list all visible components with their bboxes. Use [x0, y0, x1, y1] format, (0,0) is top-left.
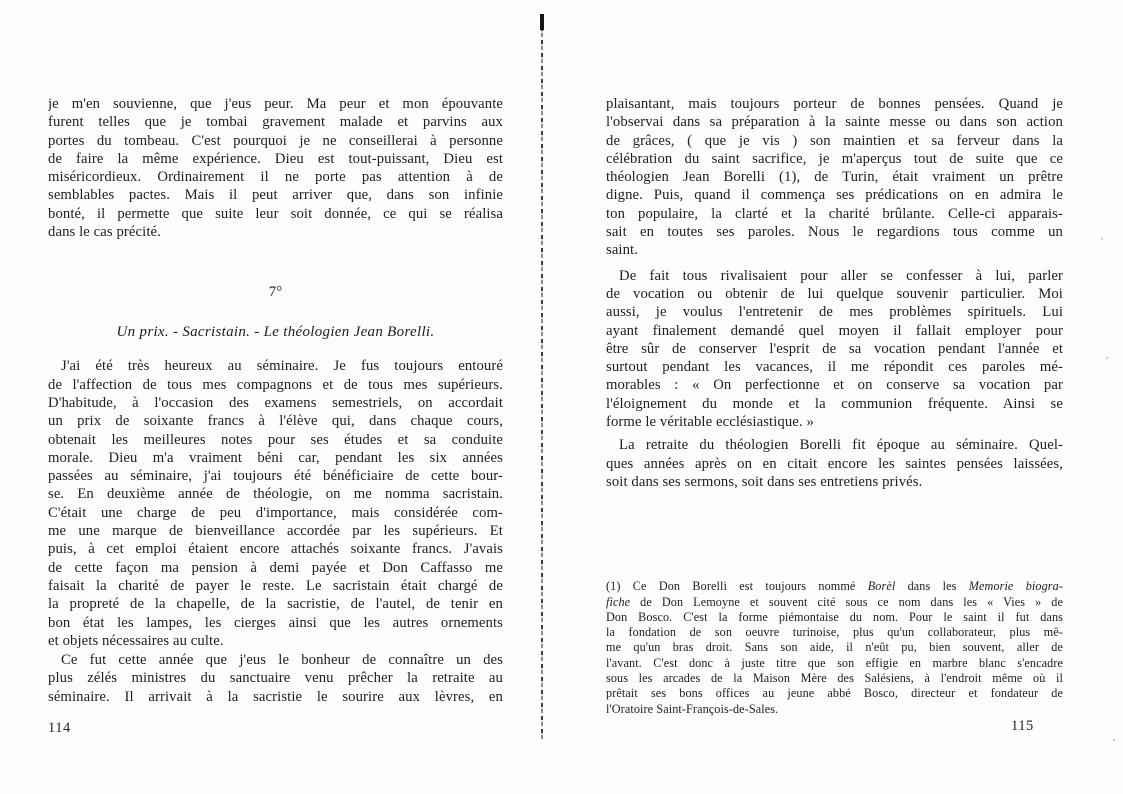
text-line: de cette façon ma pension à demi payée e…: [48, 559, 503, 577]
text-line: La retraite du théologien Borelli fit ép…: [606, 436, 1063, 454]
text-line: Ce fut cette année que j'eus le bonheur …: [48, 651, 503, 669]
text-line: aussi, je voulus l'entretenir de mes pro…: [606, 303, 1063, 321]
text-line: digne. Puis, quand il commença ses prédi…: [606, 186, 1063, 204]
scan-speck: [1106, 357, 1108, 359]
section-title: Un prix. - Sacristain. - Le théologien J…: [48, 323, 503, 342]
text-line: saint.: [606, 241, 1063, 259]
text-line: être sûr de conserver l'esprit de sa voc…: [606, 340, 1063, 358]
text-line: faisait la charité de payer le reste. Le…: [48, 577, 503, 595]
footnote-line: l'Oratoire Saint-François-de-Sales.: [606, 702, 1063, 717]
text-line: portes du tombeau. C'est pourquoi je ne …: [48, 132, 503, 150]
paragraph: plaisantant, mais toujours porteur de bo…: [606, 95, 1063, 260]
italic-text: Borèl: [868, 579, 896, 593]
text-line: je m'en souvienne, que j'eus peur. Ma pe…: [48, 95, 503, 113]
footnote: (1) Ce Don Borelli est toujours nommé Bo…: [606, 579, 1063, 717]
scan-speck: [1113, 739, 1115, 741]
book-page-right: plaisantant, mais toujours porteur de bo…: [606, 95, 1063, 717]
text-line: célébration du saint sacrifice, je m'ape…: [606, 150, 1063, 168]
italic-text: Memorie biogra-: [969, 579, 1063, 593]
footnote-line: sous les arcades de la Maison Mère des S…: [606, 671, 1063, 686]
paragraph: De fait tous rivalisaient pour aller se …: [606, 267, 1063, 432]
footnote-line: prêtait ses bons offices au jeune abbé B…: [606, 686, 1063, 701]
text-segment: dans les: [895, 579, 968, 593]
text-line: puis, à cet emploi étaient encore attach…: [48, 540, 503, 558]
text-line: J'ai été très heureux au séminaire. Je f…: [48, 357, 503, 375]
paragraph: Ce fut cette année que j'eus le bonheur …: [48, 651, 503, 706]
book-page-left: je m'en souvienne, que j'eus peur. Ma pe…: [48, 95, 503, 706]
footnote-line: me qu'un bras droit. Sans son aide, il n…: [606, 640, 1063, 655]
text-line: bonté, il permette que suite leur soit d…: [48, 205, 503, 223]
text-line: se. En deuxième année de théologie, on m…: [48, 485, 503, 503]
text-segment: de Don Lemoyne et souvent cité sous ce n…: [630, 595, 1063, 609]
italic-text: fiche: [606, 595, 630, 609]
gutter-fold-mark: [540, 14, 544, 30]
text-line: De fait tous rivalisaient pour aller se …: [606, 267, 1063, 285]
text-line: un prix de soixante francs à l'élève qui…: [48, 412, 503, 430]
text-line: D'habitude, à l'occasion des examens sem…: [48, 394, 503, 412]
text-line: sait en toutes ses paroles. Nous le rega…: [606, 223, 1063, 241]
text-segment: (1) Ce Don Borelli est toujours nommé: [606, 579, 868, 593]
text-line: soit dans ses sermons, soit dans ses ent…: [606, 473, 1063, 491]
text-line: de vocation ou obtenir de lui quelque so…: [606, 285, 1063, 303]
text-line: l'observai dans sa préparation à la sain…: [606, 113, 1063, 131]
text-line: de faire la même expérience. Dieu est to…: [48, 150, 503, 168]
text-line: de l'affection de tous mes compagnons et…: [48, 376, 503, 394]
footnote-line: la fondation de son oeuvre turinoise, pl…: [606, 625, 1063, 640]
text-line: plaisantant, mais toujours porteur de bo…: [606, 95, 1063, 113]
text-line: C'était une charge de peu d'importance, …: [48, 504, 503, 522]
paragraph: J'ai été très heureux au séminaire. Je f…: [48, 357, 503, 650]
text-line: semblables pactes. Mais il peut arriver …: [48, 186, 503, 204]
scan-speck: [1101, 238, 1103, 240]
text-line: furent telles que je tombai gravement ma…: [48, 113, 503, 131]
text-line: l'éloignement du monde et la communion f…: [606, 395, 1063, 413]
page-number-right: 115: [1011, 718, 1034, 735]
footnote-line: fiche de Don Lemoyne et souvent cité sou…: [606, 595, 1063, 610]
gutter-fold-line: [541, 14, 543, 740]
text-line: la propreté de la chapelle, de la sacris…: [48, 595, 503, 613]
text-line: ayant finalement demandé quel moyen il f…: [606, 322, 1063, 340]
text-line: et objets nécessaires au culte.: [48, 632, 503, 650]
text-line: surtout pendant les vacances, il me répo…: [606, 358, 1063, 376]
text-line: miséricordieux. Ordinairement il ne port…: [48, 168, 503, 186]
section-number: 7°: [48, 283, 503, 302]
paragraph: La retraite du théologien Borelli fit ép…: [606, 436, 1063, 491]
text-line: obtenait les meilleures notes pour ses é…: [48, 431, 503, 449]
text-line: théologien Jean Borelli (1), de Turin, é…: [606, 168, 1063, 186]
paragraph: je m'en souvienne, que j'eus peur. Ma pe…: [48, 95, 503, 241]
text-line: ton populaire, la clarté et la charité b…: [606, 205, 1063, 223]
text-line: plus zélés ministres du sanctuaire venu …: [48, 669, 503, 687]
page-number-left: 114: [48, 720, 71, 737]
footnote-line: l'avant. C'est donc à juste titre que so…: [606, 656, 1063, 671]
text-line: morables : « On perfectionne et on conse…: [606, 376, 1063, 394]
text-line: de grâces, ( que je vis ) son maintien e…: [606, 132, 1063, 150]
text-line: forme le véritable ecclésiastique. »: [606, 413, 1063, 431]
footnote-line: (1) Ce Don Borelli est toujours nommé Bo…: [606, 579, 1063, 594]
text-line: dans le cas précité.: [48, 223, 503, 241]
text-line: me une marque de bienveillance accordée …: [48, 522, 503, 540]
text-line: bon état les lampes, les cierges ainsi q…: [48, 614, 503, 632]
text-line: morale. Dieu m'a vraiment béni car, pend…: [48, 449, 503, 467]
text-line: passées au séminaire, j'ai toujours été …: [48, 467, 503, 485]
text-line: ques années après on en citait encore le…: [606, 455, 1063, 473]
text-line: séminaire. Il arrivait à la sacristie le…: [48, 688, 503, 706]
footnote-line: Don Bosco. C'est la forme piémontaise du…: [606, 610, 1063, 625]
